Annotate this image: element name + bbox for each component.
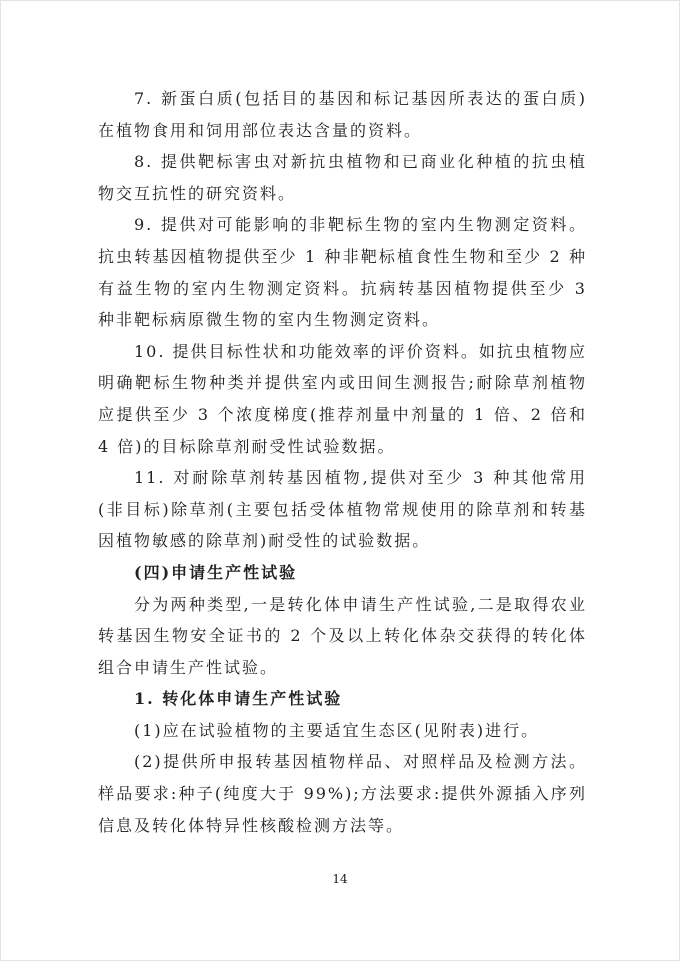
item-9: 9. 提供对可能影响的非靶标生物的室内生物测定资料。抗虫转基因植物提供至少 1 … [98, 209, 587, 335]
heading-sub-1: 1. 转化体申请生产性试验 [98, 683, 587, 715]
para-sub-1-item-2: (2)提供所申报转基因植物样品、对照样品及检测方法。样品要求:种子(纯度大于 9… [98, 746, 587, 841]
para-sub-1-item-1: (1)应在试验植物的主要适宜生态区(见附表)进行。 [98, 715, 587, 747]
heading-section-4: (四)申请生产性试验 [98, 557, 587, 589]
document-body: 7. 新蛋白质(包括目的基因和标记基因所表达的蛋白质)在植物食用和饲用部位表达含… [98, 83, 587, 841]
item-8: 8. 提供靶标害虫对新抗虫植物和已商业化种植的抗虫植物交互抗性的研究资料。 [98, 146, 587, 209]
para-two-types: 分为两种类型,一是转化体申请生产性试验,二是取得农业转基因生物安全证书的 2 个… [98, 589, 587, 684]
item-7: 7. 新蛋白质(包括目的基因和标记基因所表达的蛋白质)在植物食用和饲用部位表达含… [98, 83, 587, 146]
item-11: 11. 对耐除草剂转基因植物,提供对至少 3 种其他常用(非目标)除草剂(主要包… [98, 462, 587, 557]
item-10: 10. 提供目标性状和功能效率的评价资料。如抗虫植物应明确靶标生物种类并提供室内… [98, 336, 587, 462]
page-number: 14 [1, 872, 679, 886]
document-page: 7. 新蛋白质(包括目的基因和标记基因所表达的蛋白质)在植物食用和饲用部位表达含… [0, 0, 680, 961]
